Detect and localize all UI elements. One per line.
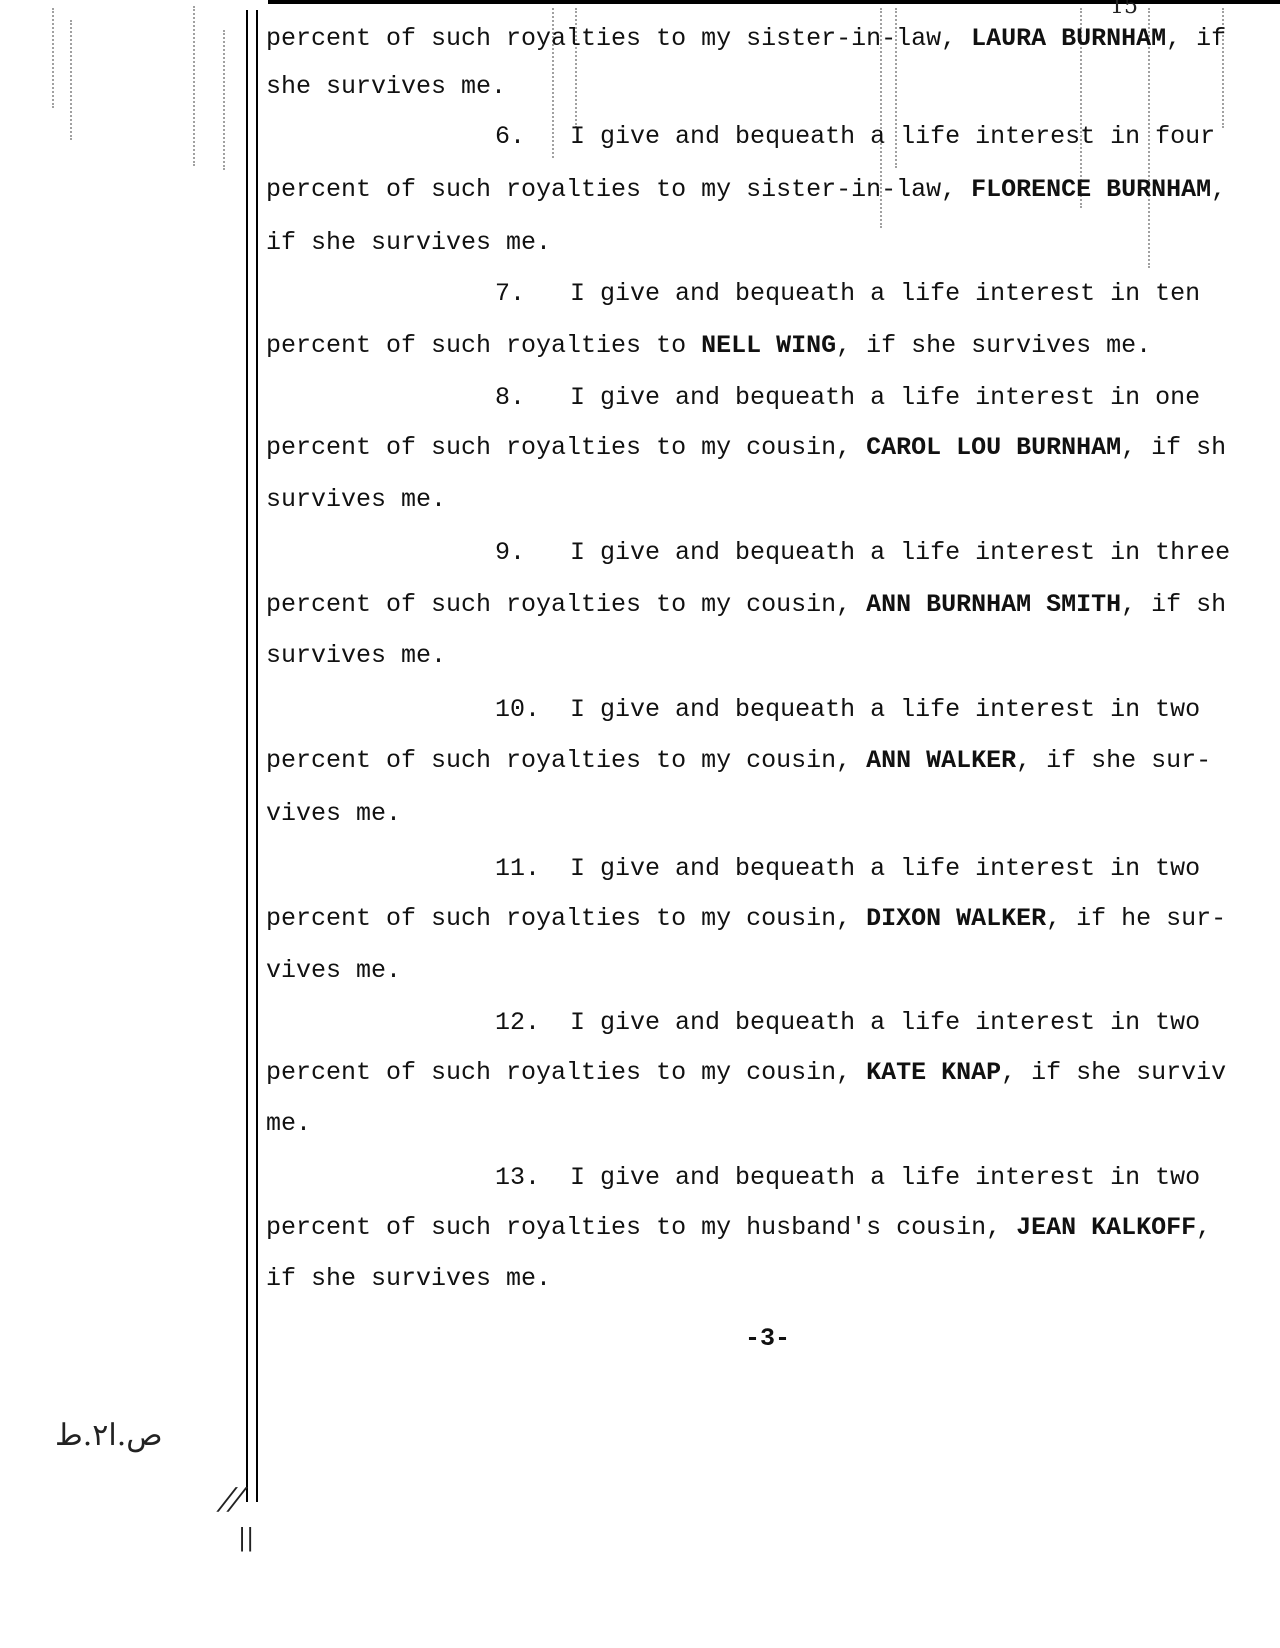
beneficiary-name: KATE KNAP — [866, 1058, 1001, 1087]
line-text: vives me. — [266, 799, 401, 828]
line-text: I give and bequeath a life interest in t… — [570, 1008, 1200, 1037]
beneficiary-name: DIXON WALKER — [866, 904, 1046, 933]
document-line: if she survives me. — [266, 228, 551, 258]
paragraph-number: 13. — [495, 1163, 540, 1192]
beneficiary-name: ANN WALKER — [866, 746, 1016, 775]
line-text: if she survives me. — [266, 228, 551, 257]
document-line: percent of such royalties to my cousin, … — [266, 433, 1226, 463]
scan-noise — [52, 8, 54, 108]
beneficiary-name: FLORENCE BURNHAM — [971, 175, 1211, 204]
line-text: me. — [266, 1109, 311, 1138]
line-text: I give and bequeath a life interest in t… — [570, 1163, 1200, 1192]
line-text: percent of such royalties to my cousin, — [266, 746, 866, 775]
document-line: vives me. — [266, 799, 401, 829]
handwritten-annotation-left: ص.ا۲.ط — [55, 1418, 163, 1453]
scan-noise — [193, 6, 195, 166]
line-text: , if sh — [1121, 433, 1226, 462]
document-page: percent of such royalties to my sister-i… — [0, 0, 1280, 1648]
line-text: I give and bequeath a life interest in o… — [570, 383, 1200, 412]
document-line: 13. I give and bequeath a life interest … — [495, 1163, 1200, 1193]
line-text: I give and bequeath a life interest in t… — [570, 854, 1200, 883]
line-text: , if he sur- — [1046, 904, 1226, 933]
line-text: percent of such royalties to my cousin, — [266, 1058, 866, 1087]
line-text: I give and bequeath a life interest in t… — [570, 695, 1200, 724]
line-text: , — [1196, 1213, 1211, 1242]
beneficiary-name: JEAN KALKOFF — [1016, 1213, 1196, 1242]
line-text: vives me. — [266, 956, 401, 985]
paragraph-number: 12. — [495, 1008, 540, 1037]
line-text: , if she survives me. — [836, 331, 1151, 360]
margin-rule-right — [256, 10, 258, 1502]
line-text: , — [1211, 175, 1226, 204]
document-line: percent of such royalties to my cousin, … — [266, 904, 1226, 934]
scan-noise — [223, 30, 225, 170]
line-text: percent of such royalties to my sister-i… — [266, 175, 971, 204]
line-text: survives me. — [266, 641, 446, 670]
document-line: 6. I give and bequeath a life interest i… — [495, 122, 1215, 152]
document-line: percent of such royalties to my husband'… — [266, 1213, 1211, 1243]
paragraph-number: 7. — [495, 279, 525, 308]
beneficiary-name: ANN BURNHAM SMITH — [866, 590, 1121, 619]
document-line: 9. I give and bequeath a life interest i… — [495, 538, 1230, 568]
line-text: percent of such royalties to my cousin, — [266, 433, 866, 462]
page-number: -3- — [745, 1324, 790, 1353]
document-line: 11. I give and bequeath a life interest … — [495, 854, 1200, 884]
line-text: percent of such royalties to my cousin, — [266, 590, 866, 619]
document-line: she survives me. — [266, 72, 506, 102]
paragraph-number: 10. — [495, 695, 540, 724]
document-line: me. — [266, 1109, 311, 1139]
line-text: , if sh — [1121, 590, 1226, 619]
document-line: 7. I give and bequeath a life interest i… — [495, 279, 1200, 309]
document-line: percent of such royalties to my cousin, … — [266, 746, 1211, 776]
document-line: vives me. — [266, 956, 401, 986]
document-line: survives me. — [266, 641, 446, 671]
paragraph-number: 11. — [495, 854, 540, 883]
paragraph-number: 9. — [495, 538, 525, 567]
paragraph-number: 6. — [495, 122, 525, 151]
beneficiary-name: CAROL LOU BURNHAM — [866, 433, 1121, 462]
line-text: I give and bequeath a life interest in t… — [570, 538, 1230, 567]
line-text: percent of such royalties to my sister-i… — [266, 24, 971, 53]
line-text: percent of such royalties to my cousin, — [266, 904, 866, 933]
line-text: percent of such royalties to my husband'… — [266, 1213, 1016, 1242]
paragraph-number: 8. — [495, 383, 525, 412]
line-text: if she survives me. — [266, 1264, 551, 1293]
document-line: 12. I give and bequeath a life interest … — [495, 1008, 1200, 1038]
beneficiary-name: LAURA BURNHAM — [971, 24, 1166, 53]
document-line: percent of such royalties to NELL WING, … — [266, 331, 1151, 361]
document-line: survives me. — [266, 485, 446, 515]
document-line: percent of such royalties to my sister-i… — [266, 24, 1226, 54]
document-line: percent of such royalties to my cousin, … — [266, 1058, 1226, 1088]
handwritten-mark: || — [238, 1524, 254, 1552]
line-text: I give and bequeath a life interest in t… — [570, 279, 1200, 308]
line-text: percent of such royalties to — [266, 331, 701, 360]
document-line: percent of such royalties to my cousin, … — [266, 590, 1226, 620]
line-text: , if she sur- — [1016, 746, 1211, 775]
document-line: 10. I give and bequeath a life interest … — [495, 695, 1200, 725]
handwritten-mark: // — [214, 1482, 251, 1517]
margin-rule-left — [246, 10, 248, 1502]
beneficiary-name: NELL WING — [701, 331, 836, 360]
document-line: percent of such royalties to my sister-i… — [266, 175, 1226, 205]
scan-noise — [70, 20, 72, 140]
line-text: , if she surviv — [1001, 1058, 1226, 1087]
line-text: I give and bequeath a life interest in f… — [570, 122, 1215, 151]
document-line: 8. I give and bequeath a life interest i… — [495, 383, 1200, 413]
line-text: she survives me. — [266, 72, 506, 101]
handwritten-annotation-top: 15 — [1110, 0, 1138, 19]
document-line: if she survives me. — [266, 1264, 551, 1294]
line-text: survives me. — [266, 485, 446, 514]
line-text: , if — [1166, 24, 1226, 53]
